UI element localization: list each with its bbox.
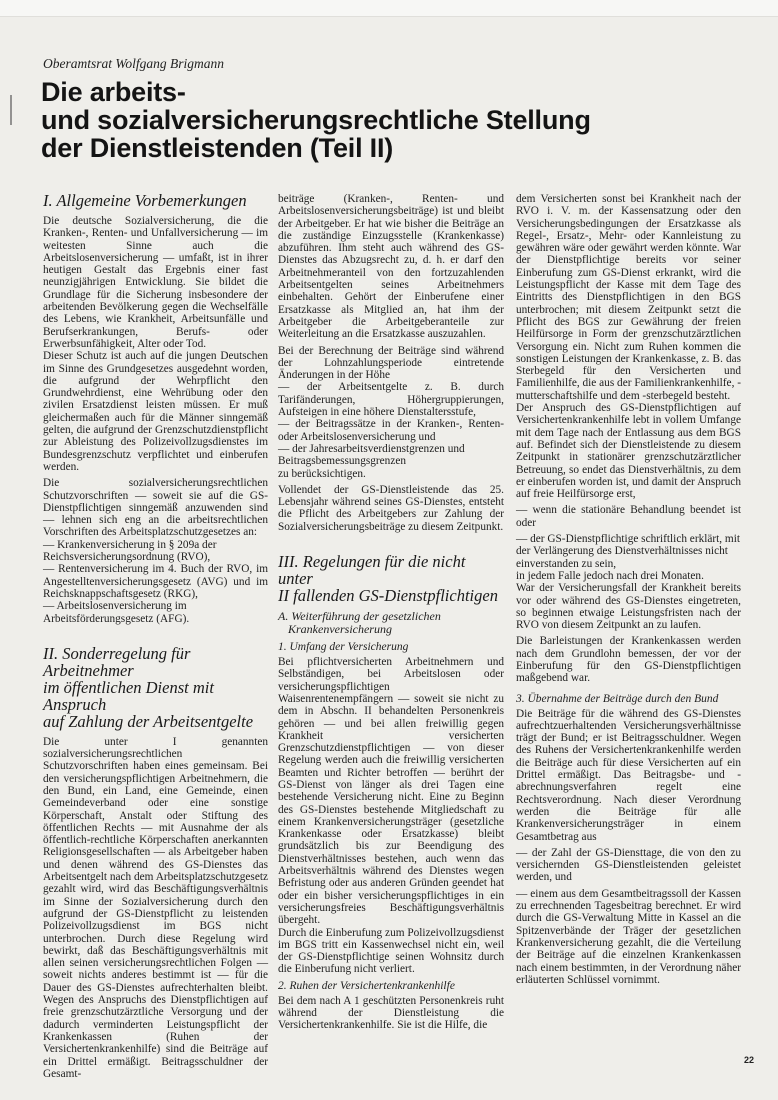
subsection-3-heading: 3. Übernahme der Beiträge durch den Bund bbox=[516, 693, 741, 706]
subsection-2-list-item: — der GS-Dienstpflichtige schriftlich er… bbox=[516, 533, 741, 570]
subsection-3-list-item: — einem aus dem Gesamtbeitragssoll der K… bbox=[516, 888, 741, 986]
section-2-heading-line-2: im öffentlichen Dienst mit Anspruch bbox=[43, 679, 268, 713]
section-2-paragraph-1-part-b: beiträge (Kranken-, Renten- und Arbeitsl… bbox=[278, 193, 504, 341]
section-1-list-item: — Rentenversicherung im 4. Buch der RVO,… bbox=[43, 563, 268, 600]
spacer bbox=[43, 625, 268, 645]
subsection-2-heading: 2. Ruhen der Versichertenkrankenhilfe bbox=[278, 980, 504, 993]
title-line-3: der Dienstleistenden (Teil II) bbox=[41, 134, 661, 162]
page-number: 22 bbox=[744, 1055, 754, 1065]
section-2-list-item: — der Jahresarbeitsverdienstgrenzen und … bbox=[278, 443, 504, 468]
section-1-paragraph-1: Die deutsche Sozialversicherung, die die… bbox=[43, 215, 268, 350]
section-1-paragraph-3: Die sozialversicherungsrechtlichen Schut… bbox=[43, 477, 268, 538]
title-line-1: Die arbeits- bbox=[41, 78, 661, 106]
subsection-a-heading: A. Weiterführung der gesetzlichen Kranke… bbox=[278, 610, 504, 636]
title-line-2: und sozialversicherungsrechtliche Stellu… bbox=[41, 106, 661, 134]
subsection-2-list-item: — wenn die stationäre Behandlung beendet… bbox=[516, 504, 741, 529]
section-2-paragraph-1-part-a: Die unter I genannten sozialversicherung… bbox=[43, 736, 268, 1080]
section-2-heading: II. Sonderregelung für Arbeitnehmer im ö… bbox=[43, 645, 268, 730]
spacer bbox=[278, 533, 504, 553]
subsection-1-paragraph-2: Durch die Einberufung zum Polizeivollzug… bbox=[278, 927, 504, 976]
document-page: Oberamtsrat Wolfgang Brigmann Die arbeit… bbox=[0, 0, 778, 1100]
section-2-list-item: — der Beitragssätze in der Kranken-, Ren… bbox=[278, 418, 504, 443]
subsection-2-list-end: in jedem Falle jedoch nach drei Monaten. bbox=[516, 570, 741, 582]
subsection-2-paragraph-4: Die Barleistungen der Krankenkassen werd… bbox=[516, 635, 741, 684]
section-1-list-item: — Krankenversicherung in § 209a der Reic… bbox=[43, 539, 268, 564]
scan-edge-mark bbox=[10, 95, 12, 125]
subsection-2-paragraph-3: War der Versicherungsfall der Krankheit … bbox=[516, 582, 741, 631]
section-3-heading-line-1: III. Regelungen für die nicht unter bbox=[278, 553, 504, 587]
section-2-paragraph-2: Bei der Berechnung der Beiträge sind wäh… bbox=[278, 345, 504, 382]
column-2: beiträge (Kranken-, Renten- und Arbeitsl… bbox=[278, 193, 504, 1032]
article-title: Die arbeits- und sozialversicherungsrech… bbox=[41, 78, 661, 162]
section-1-list-item: — Arbeitslosenversicherung im Arbeitsför… bbox=[43, 600, 268, 625]
column-1: I. Allgemeine Vorbemerkungen Die deutsch… bbox=[43, 192, 268, 1080]
section-1-heading: I. Allgemeine Vorbemerkungen bbox=[43, 192, 268, 209]
section-2-paragraph-3: Vollendet der GS-Dienstleistende das 25.… bbox=[278, 484, 504, 533]
section-2-list-item: — der Arbeitsentgelte z. B. durch Tarifä… bbox=[278, 381, 504, 418]
subsection-3-list-item: — der Zahl der GS-Diensttage, die von de… bbox=[516, 847, 741, 884]
author-line: Oberamtsrat Wolfgang Brigmann bbox=[43, 56, 224, 72]
section-2-paragraph-2-end: zu berücksichtigen. bbox=[278, 468, 504, 480]
scan-top-edge bbox=[0, 0, 778, 17]
section-3-heading: III. Regelungen für die nicht unter II f… bbox=[278, 553, 504, 604]
subsection-3-paragraph-1: Die Beiträge für die während des GS-Dien… bbox=[516, 708, 741, 843]
column-3: dem Versicherten sonst bei Krankheit nac… bbox=[516, 193, 741, 986]
subsection-1-heading: 1. Umfang der Versicherung bbox=[278, 641, 504, 654]
section-1-paragraph-2: Dieser Schutz ist auch auf die jungen De… bbox=[43, 350, 268, 473]
section-3-heading-line-2: II fallenden GS-Dienstpflichtigen bbox=[278, 587, 504, 604]
subsection-2-paragraph-1-part-b: dem Versicherten sonst bei Krankheit nac… bbox=[516, 193, 741, 402]
subsection-2-paragraph-1-part-a: Bei dem nach A 1 geschützten Personenkre… bbox=[278, 995, 504, 1032]
section-2-heading-line-1: II. Sonderregelung für Arbeitnehmer bbox=[43, 645, 268, 679]
subsection-2-paragraph-2: Der Anspruch des GS-Dienstpflichtigen au… bbox=[516, 402, 741, 500]
subsection-1-paragraph-1: Bei pflichtversicherten Arbeitnehmern un… bbox=[278, 656, 504, 927]
section-2-heading-line-3: auf Zahlung der Arbeitsentgelte bbox=[43, 713, 268, 730]
